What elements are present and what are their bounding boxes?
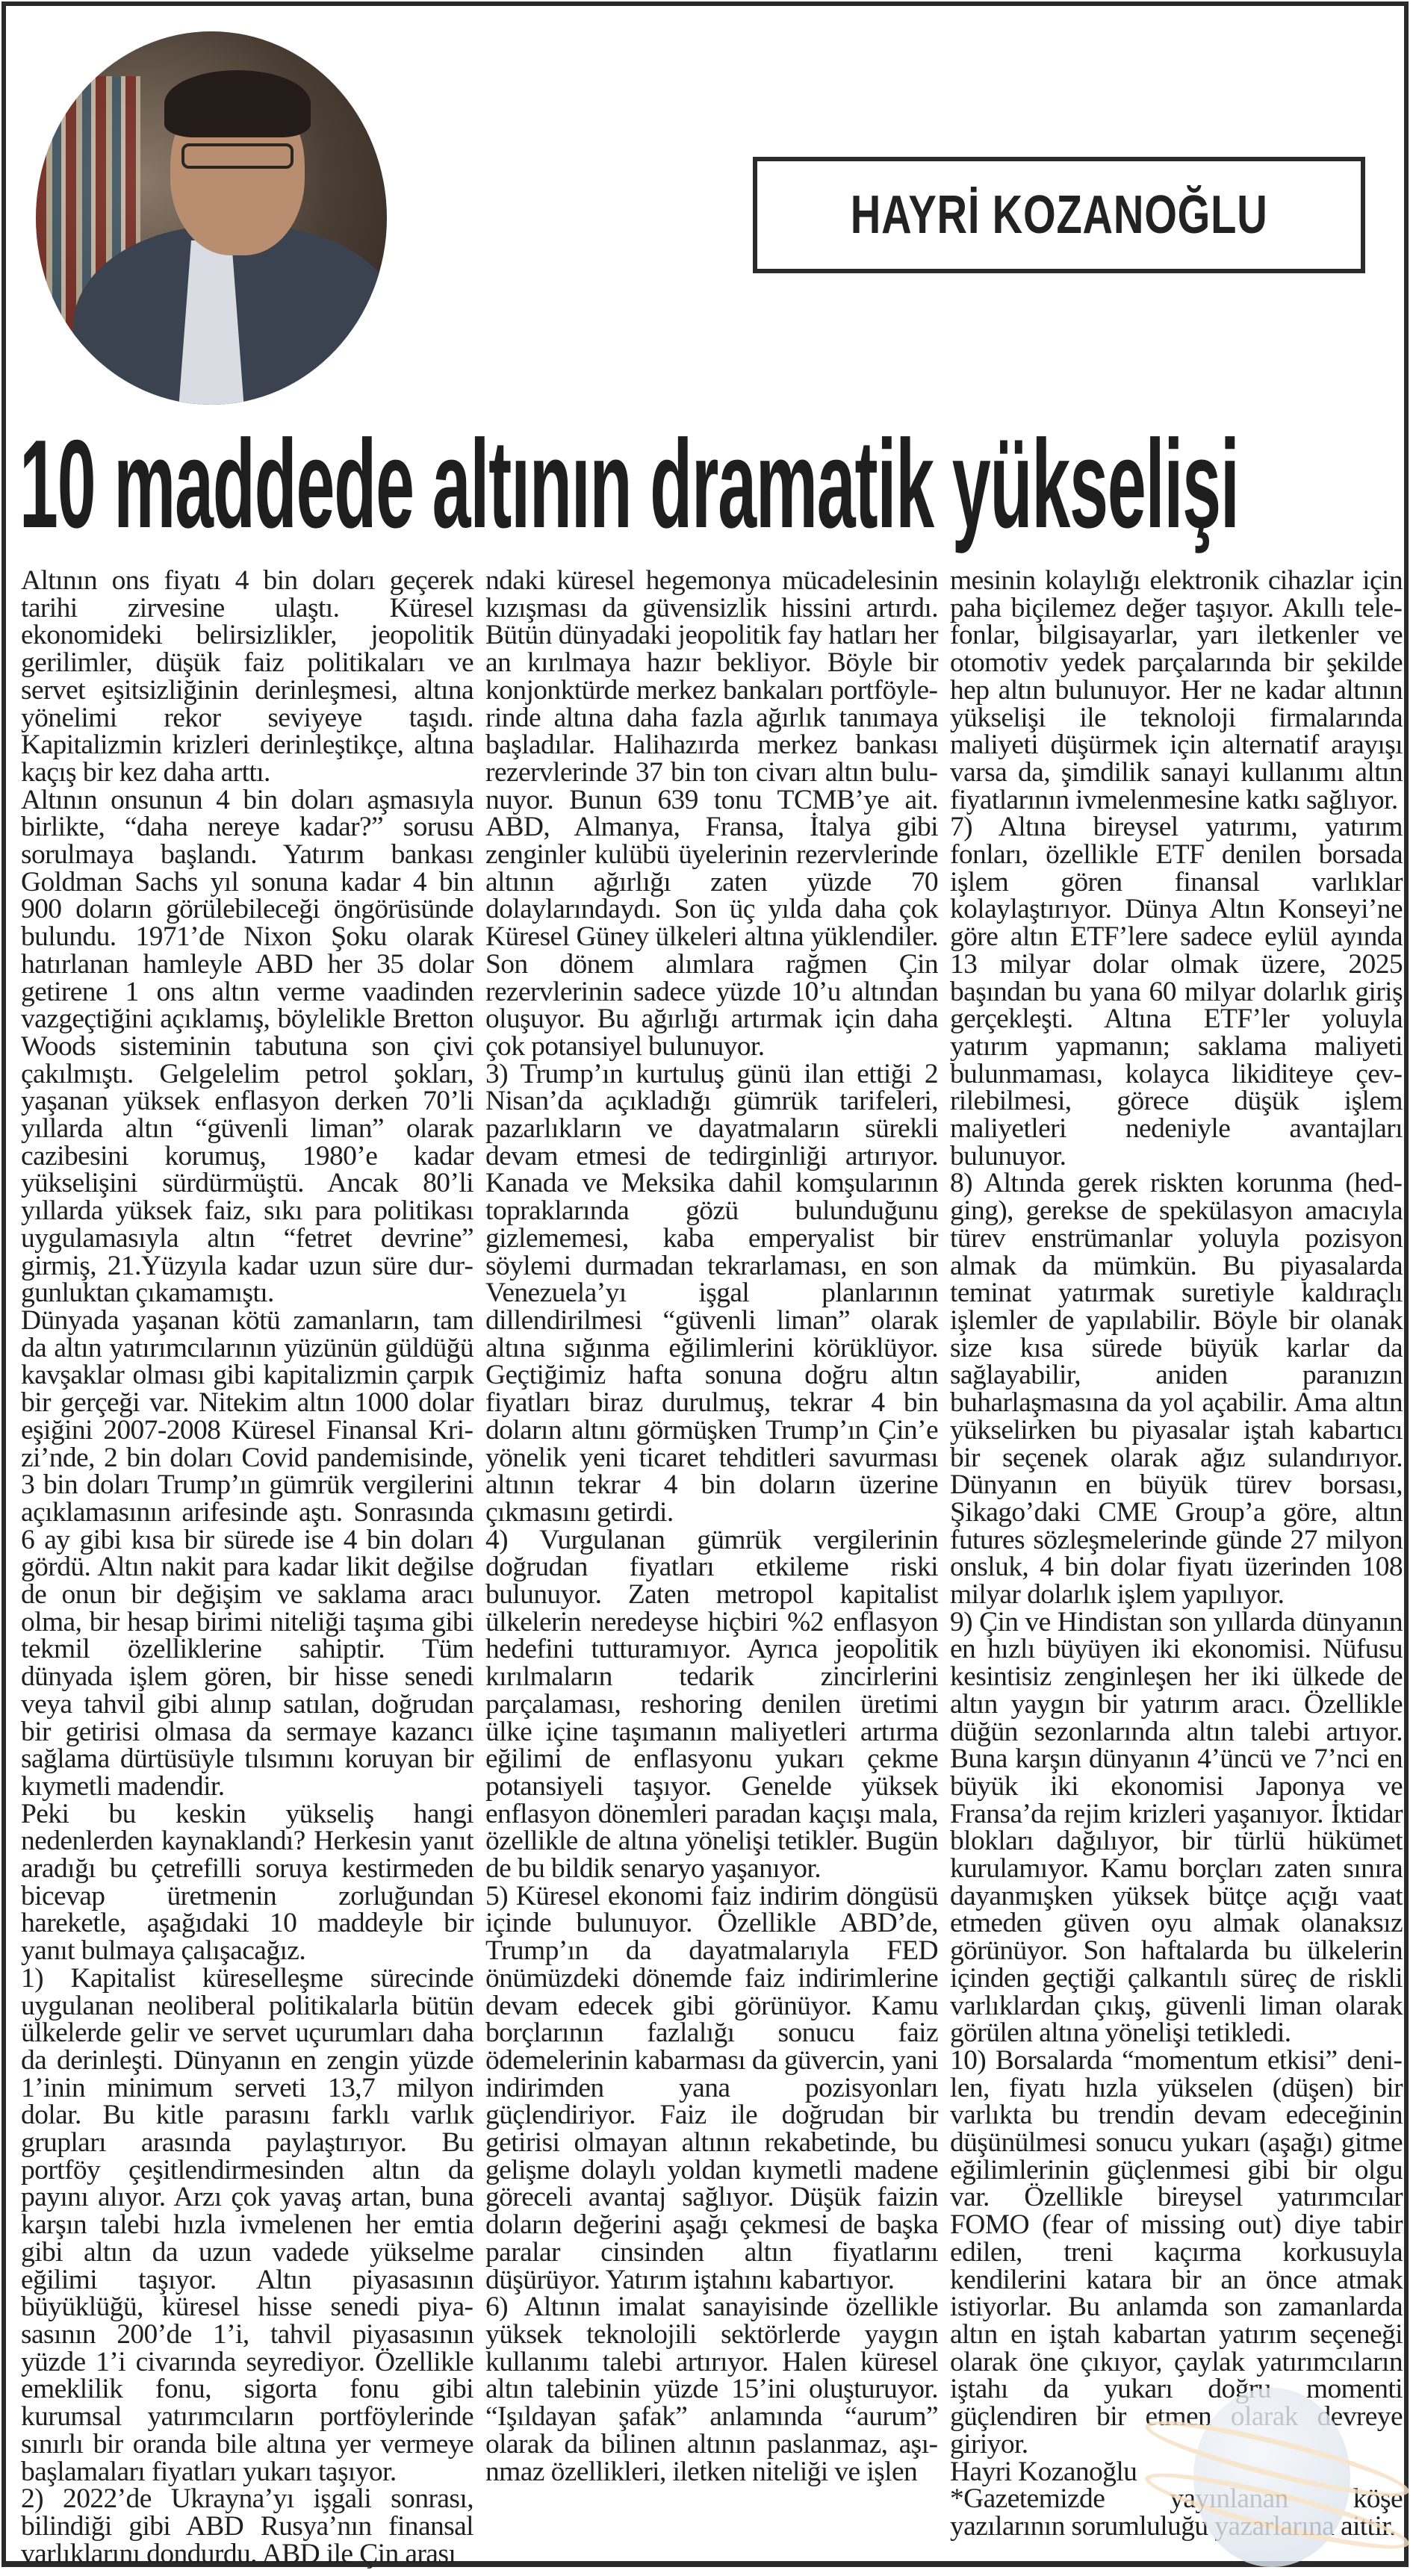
paragraph: 6) Altının imalat sanayisinde özellikle … xyxy=(485,2294,938,2486)
portrait-hair xyxy=(164,70,311,137)
paragraph: 1) Kapitalist küreselleşme sürecinde uyg… xyxy=(21,1965,473,2486)
planet-logo-watermark-icon xyxy=(1193,2388,1350,2567)
paragraph: Peki bu keskin yükseliş hangi nedenlerde… xyxy=(21,1801,473,1965)
author-name: HAYRİ KOZANOĞLU xyxy=(851,184,1268,246)
paragraph: Altının onsunun 4 bin doları aşmasıyla b… xyxy=(21,787,473,1307)
paragraph: 5) Küresel ekonomi faiz indirim döngüsü … xyxy=(485,1883,938,2295)
column-2: ndaki küresel hegemonya mücadelesinin kı… xyxy=(485,567,938,2568)
author-name-banner: HAYRİ KOZANOĞLU xyxy=(753,157,1365,273)
newspaper-column-page: HAYRİ KOZANOĞLU 10 maddede altının drama… xyxy=(1,1,1409,2567)
paragraph: 8) Altında gerek riskten korunma (hed­gi… xyxy=(950,1170,1403,1608)
article-body: Altının ons fiyatı 4 bin doları geçerek … xyxy=(21,567,1401,2546)
paragraph: Altının ons fiyatı 4 bin doları geçerek … xyxy=(21,567,473,787)
author-portrait xyxy=(36,31,387,405)
paragraph: 4) Vurgulanan gümrük vergilerinin doğru­… xyxy=(485,1527,938,1883)
column-1: Altının ons fiyatı 4 bin doları geçerek … xyxy=(21,567,473,2568)
paragraph: 2) 2022’de Ukrayna’yı işgali sonrası, bi… xyxy=(21,2486,473,2568)
paragraph: 9) Çin ve Hindistan son yıllarda dünyanı… xyxy=(950,1609,1403,2047)
portrait-glasses xyxy=(181,143,294,169)
paragraph: 7) Altına bireysel yatırımı, yatırım fon… xyxy=(950,814,1403,1170)
paragraph: mesinin kolaylığı elektronik cihazlar iç… xyxy=(950,567,1403,814)
paragraph: 10) Borsalarda “momentum etkisi” deni­le… xyxy=(950,2047,1403,2459)
paragraph: Dünyada yaşanan kötü zamanların, tam da … xyxy=(21,1307,473,1801)
paragraph: ndaki küresel hegemonya mücadelesinin kı… xyxy=(485,567,938,1061)
article-title: 10 maddede altının dramatik yükselişi xyxy=(19,420,790,547)
column-3: mesinin kolaylığı elektronik cihazlar iç… xyxy=(950,567,1403,2568)
paragraph: 3) Trump’ın kurtuluş günü ilan ettiği 2 … xyxy=(485,1061,938,1527)
